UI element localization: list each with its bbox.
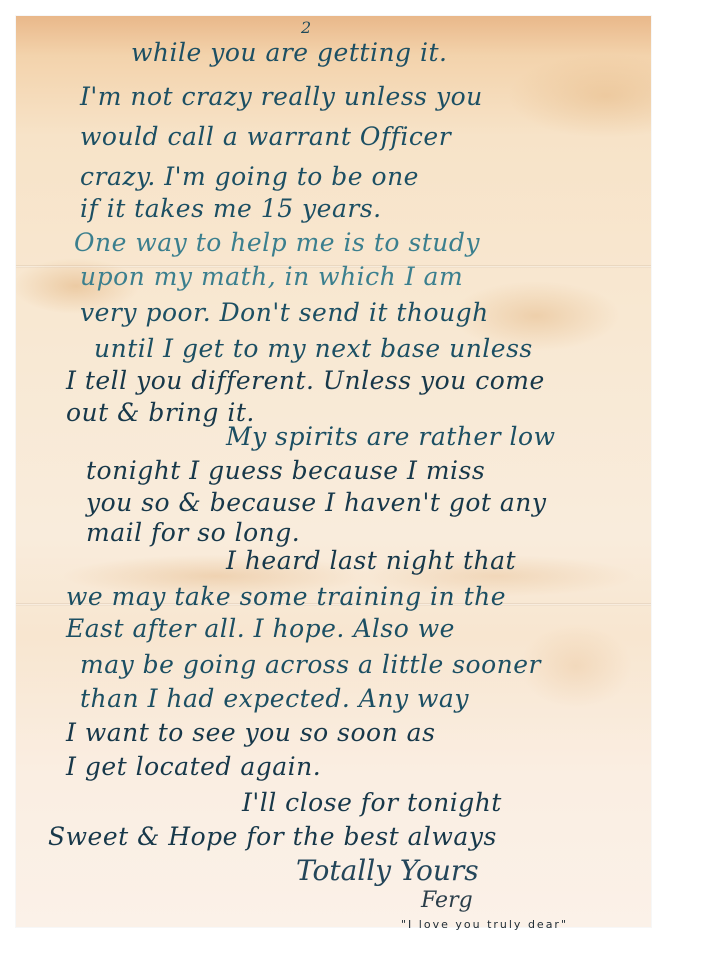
letter-line: if it takes me 15 years.	[80, 194, 382, 224]
letter-line: mail for so long.	[86, 518, 300, 548]
letter-line: until I get to my next base unless	[94, 334, 533, 364]
letter-line: very poor. Don't send it though	[80, 298, 489, 328]
letter-line: may be going across a little sooner	[80, 650, 541, 680]
letter-line: One way to help me is to study	[74, 228, 480, 258]
letter-line: I'll close for tonight	[242, 788, 502, 818]
letter-line: we may take some training in the	[66, 582, 506, 612]
letter-line: upon my math, in which I am	[80, 262, 463, 292]
closing-signature: Totally Yours	[296, 854, 479, 887]
letter-line: I heard last night that	[226, 546, 516, 576]
letter-line: I want to see you so soon as	[66, 718, 435, 748]
letter-line: I'm not crazy really unless you	[80, 82, 483, 112]
letter-line: My spirits are rather low	[226, 422, 556, 452]
page-number: 2	[301, 18, 311, 37]
letter-line: than I had expected. Any way	[80, 684, 469, 714]
letter-line-text: would call a warrant Officer	[80, 122, 451, 151]
letter-line: crazy. I'm going to be one	[80, 162, 419, 192]
postscript-note: "I love you truly dear"	[401, 918, 568, 931]
signature-name: Ferg	[421, 888, 473, 913]
letter-line: would call a warrant Officer	[80, 122, 451, 152]
letter-line: Sweet & Hope for the best always	[48, 822, 497, 852]
letter-line: I tell you different. Unless you come	[66, 366, 545, 396]
letter-line: while you are getting it.	[131, 38, 447, 68]
letter-line: tonight I guess because I miss	[86, 456, 485, 486]
letter-line: you so & because I haven't got any	[86, 488, 547, 518]
letter-line: I get located again.	[66, 752, 321, 782]
letter-paper: 2 while you are getting it. I'm not craz…	[16, 16, 651, 927]
letter-line: East after all. I hope. Also we	[66, 614, 455, 644]
